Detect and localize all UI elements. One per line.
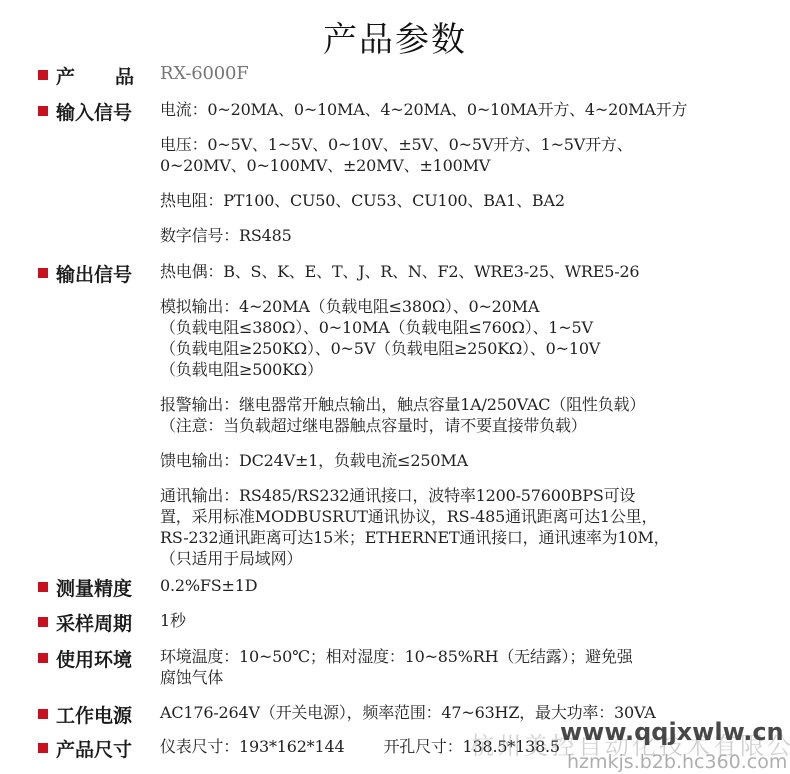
spec-value: 0.2%FS±1D bbox=[160, 575, 770, 596]
spec-label: 使用环境 bbox=[56, 645, 161, 672]
bullet-icon bbox=[38, 617, 48, 627]
spec-content: 0.2%FS±1D bbox=[160, 575, 770, 596]
site-watermark: www.qqjxwlw.cn bbox=[560, 718, 784, 746]
spec-label: 测量精度 bbox=[56, 574, 161, 601]
spec-line-comm-output: 通讯输出：RS485/RS232通讯接口，波特率1200-57600BPS可设 … bbox=[160, 485, 770, 569]
spec-label: 工作电源 bbox=[56, 701, 161, 728]
bullet-icon bbox=[38, 709, 48, 719]
bullet-icon bbox=[38, 582, 48, 592]
model-value: RX-6000F bbox=[160, 63, 770, 84]
spec-content: 热电偶：B、S、K、E、T、J、R、N、F2、WRE3-25、WRE5-26 模… bbox=[160, 261, 770, 569]
bullet-icon bbox=[38, 653, 48, 663]
bullet-icon bbox=[38, 106, 48, 116]
spec-label: 产 品 bbox=[56, 62, 134, 89]
spec-line-feed-output: 馈电输出：DC24V±1，负载电流≤250MA bbox=[160, 450, 770, 471]
spec-content: 环境温度：10~50℃；相对湿度：10~85%RH（无结露）；避免强 腐蚀气体 bbox=[160, 646, 770, 688]
spec-line-voltage: 电压：0~5V、1~5V、0~10V、±5V、0~5V开方、1~5V开方、 0~… bbox=[160, 134, 770, 176]
page-title: 产品参数 bbox=[0, 12, 790, 61]
spec-content: 1秒 bbox=[160, 610, 770, 631]
spec-line-thermocouple: 热电偶：B、S、K、E、T、J、R、N、F2、WRE3-25、WRE5-26 bbox=[160, 261, 770, 282]
spec-value: 环境温度：10~50℃；相对湿度：10~85%RH（无结露）；避免强 腐蚀气体 bbox=[160, 646, 770, 688]
spec-label: 采样周期 bbox=[56, 609, 161, 636]
bullet-icon bbox=[38, 268, 48, 278]
label-char: 产 bbox=[56, 62, 75, 89]
spec-line-digital: 数字信号：RS485 bbox=[160, 225, 770, 246]
spec-line-alarm-output: 报警输出：继电器常开触点输出，触点容量1A/250VAC（阻性负载） （注意：当… bbox=[160, 394, 770, 436]
spec-label: 输入信号 bbox=[56, 98, 161, 125]
spec-value: 1秒 bbox=[160, 610, 770, 631]
spec-label: 产品尺寸 bbox=[56, 735, 161, 762]
spec-line-analog-output: 模拟输出：4~20MA（负载电阻≤380Ω）、0~20MA （负载电阻≤380Ω… bbox=[160, 296, 770, 380]
label-char: 品 bbox=[115, 62, 134, 89]
bullet-icon bbox=[38, 743, 48, 753]
spec-line-current: 电流：0~20MA、0~10MA、4~20MA、0~10MA开方、4~20MA开… bbox=[160, 99, 770, 120]
spec-content: 电流：0~20MA、0~10MA、4~20MA、0~10MA开方、4~20MA开… bbox=[160, 99, 770, 246]
site-watermark-secondary: hzmkjs.b2b.hc360.com bbox=[567, 751, 787, 773]
spec-label: 输出信号 bbox=[56, 260, 161, 287]
spec-line-rtd: 热电阻：PT100、CU50、CU53、CU100、BA1、BA2 bbox=[160, 190, 770, 211]
spec-content: RX-6000F bbox=[160, 63, 770, 84]
bullet-icon bbox=[38, 70, 48, 80]
